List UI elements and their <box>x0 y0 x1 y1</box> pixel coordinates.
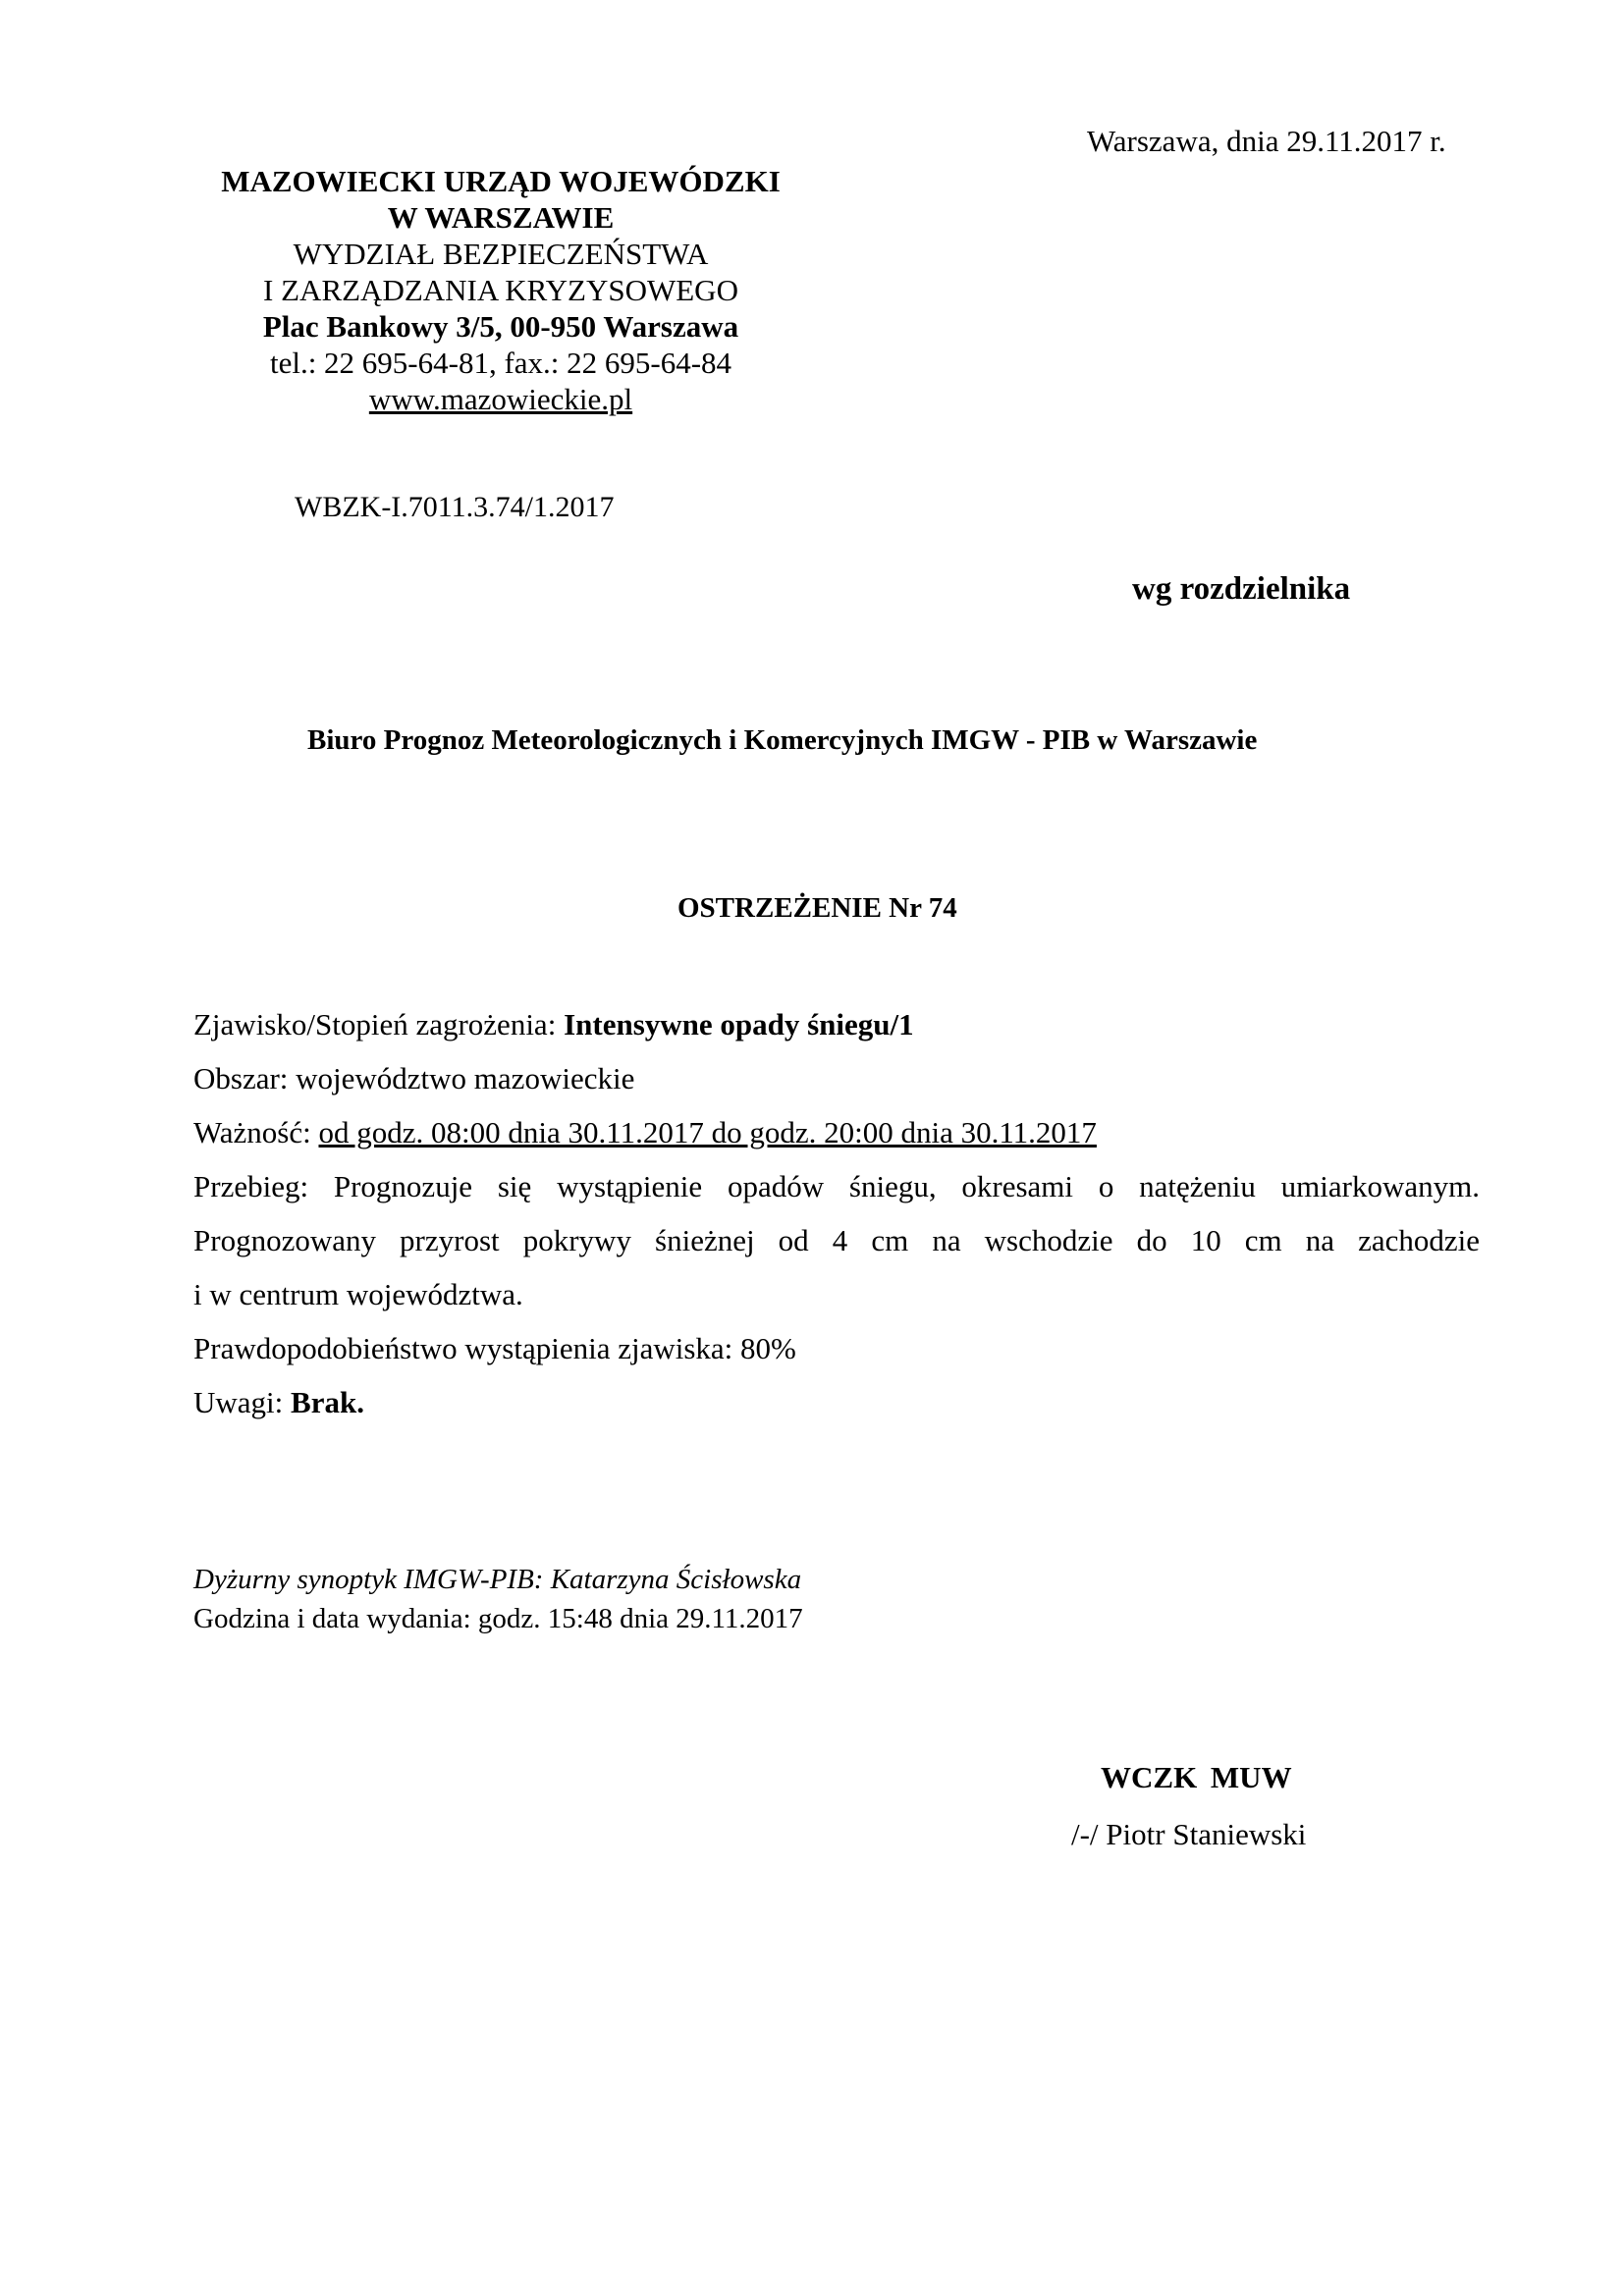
validity-value: od godz. 08:00 dnia 30.11.2017 do godz. … <box>318 1115 1096 1149</box>
signature-name: /-/ Piotr Staniewski <box>1071 1817 1306 1852</box>
area-row: Obszar: województwo mazowieckie <box>193 1059 1480 1113</box>
issuer: Biuro Prognoz Meteorologicznych i Komerc… <box>307 724 1257 757</box>
office-address: Plac Bankowy 3/5, 00-950 Warszawa <box>147 308 854 345</box>
website-link[interactable]: www.mazowieckie.pl <box>369 382 632 416</box>
office-name-line1: MAZOWIECKI URZĄD WOJEWÓDZKI <box>147 163 854 199</box>
phenomenon-value: Intensywne opady śniegu/1 <box>564 1007 914 1041</box>
document-date: Warszawa, dnia 29.11.2017 r. <box>1087 124 1446 159</box>
course-line1: Przebieg: Prognozuje się wystąpienie opa… <box>193 1167 1480 1221</box>
phenomenon-label: Zjawisko/Stopień zagrożenia: <box>193 1007 564 1041</box>
signature-unit: WCZK MUW <box>1101 1760 1292 1795</box>
probability-label: Prawdopodobieństwo wystąpienia zjawiska: <box>193 1331 740 1365</box>
probability-row: Prawdopodobieństwo wystąpienia zjawiska:… <box>193 1329 1480 1383</box>
probability-value: 80% <box>740 1331 796 1365</box>
phenomenon-row: Zjawisko/Stopień zagrożenia: Intensywne … <box>193 1005 1480 1059</box>
office-contact: tel.: 22 695-64-81, fax.: 22 695-64-84 <box>147 345 854 381</box>
department-line2: I ZARZĄDZANIA KRYZYSOWEGO <box>147 272 854 308</box>
course-line3: i w centrum województwa. <box>193 1275 1480 1329</box>
validity-row: Ważność: od godz. 08:00 dnia 30.11.2017 … <box>193 1113 1480 1167</box>
department-line1: WYDZIAŁ BEZPIECZEŃSTWA <box>147 236 854 272</box>
reference-number: WBZK-I.7011.3.74/1.2017 <box>295 491 615 524</box>
validity-label: Ważność: <box>193 1115 318 1149</box>
remarks-value: Brak. <box>291 1385 364 1419</box>
warning-details: Zjawisko/Stopień zagrożenia: Intensywne … <box>193 1005 1480 1437</box>
remarks-row: Uwagi: Brak. <box>193 1383 1480 1437</box>
area-value: województwo mazowieckie <box>296 1061 634 1095</box>
synoptic-name: Dyżurny synoptyk IMGW-PIB: Katarzyna Ści… <box>193 1564 801 1596</box>
issue-time: Godzina i data wydania: godz. 15:48 dnia… <box>193 1603 803 1635</box>
course-line2: Prognozowany przyrost pokrywy śnieżnej o… <box>193 1221 1480 1275</box>
letterhead: MAZOWIECKI URZĄD WOJEWÓDZKI W WARSZAWIE … <box>147 163 854 417</box>
document-heading: OSTRZEŻENIE Nr 74 <box>677 892 957 925</box>
remarks-label: Uwagi: <box>193 1385 291 1419</box>
recipient: wg rozdzielnika <box>1132 571 1350 608</box>
area-label: Obszar: <box>193 1061 296 1095</box>
office-name-line2: W WARSZAWIE <box>147 199 854 236</box>
